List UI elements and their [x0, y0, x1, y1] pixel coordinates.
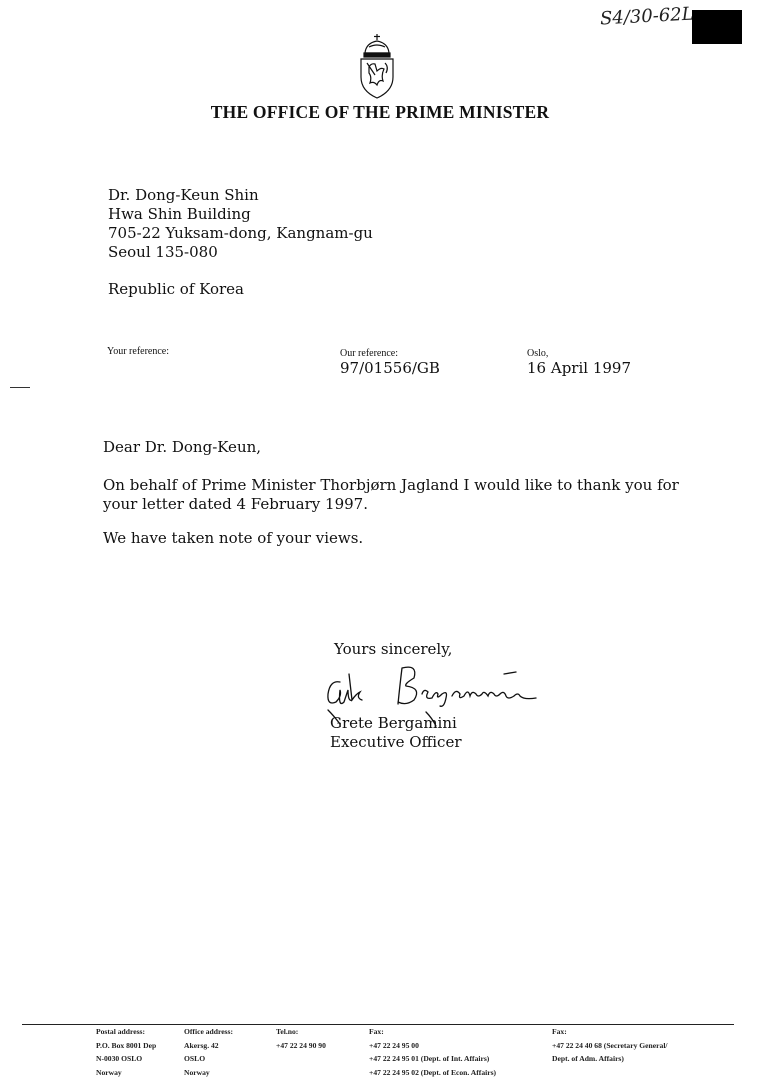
office-title: THE OFFICE OF THE PRIME MINISTER — [0, 102, 760, 123]
closing: Yours sincerely, — [334, 640, 452, 658]
signatory-name: Grete Bergamini — [330, 714, 462, 733]
footer-line: +47 22 24 95 02 (Dept. of Econ. Affairs) — [369, 1066, 496, 1080]
footer-line: Norway — [184, 1066, 233, 1080]
footer-line: N-0030 OSLO — [96, 1052, 156, 1066]
handwritten-file-number: S4/30-62L — [600, 4, 695, 30]
footer-line: Norway — [96, 1066, 156, 1080]
recipient-line: Seoul 135-080 — [108, 243, 373, 262]
paragraph-1-line-2: your letter dated 4 February 1997. — [103, 495, 368, 514]
letter-date: 16 April 1997 — [527, 359, 631, 377]
footer-label: Fax: — [369, 1025, 496, 1039]
footer-line: Dept. of Adm. Affairs) — [552, 1052, 668, 1066]
fold-mark — [10, 387, 30, 388]
footer-line: OSLO — [184, 1052, 233, 1066]
redaction-block — [692, 10, 742, 44]
footer-line: +47 22 24 90 90 — [276, 1039, 326, 1053]
footer-fax-1: Fax: +47 22 24 95 00 +47 22 24 95 01 (De… — [369, 1025, 496, 1079]
footer-label: Office address: — [184, 1025, 233, 1039]
footer-line: +47 22 24 95 00 — [369, 1039, 496, 1053]
footer-postal-address: Postal address: P.O. Box 8001 Dep N-0030… — [96, 1025, 156, 1079]
recipient-line: Dr. Dong-Keun Shin — [108, 186, 373, 205]
recipient-address: Dr. Dong-Keun Shin Hwa Shin Building 705… — [108, 186, 373, 262]
your-reference-label: Your reference: — [107, 346, 169, 357]
our-reference-value: 97/01556/GB — [340, 359, 440, 377]
footer-line: Akersg. 42 — [184, 1039, 233, 1053]
footer-office-address: Office address: Akersg. 42 OSLO Norway — [184, 1025, 233, 1079]
salutation: Dear Dr. Dong-Keun, — [103, 438, 261, 457]
signatory-block: Grete Bergamini Executive Officer — [330, 714, 462, 752]
footer-line: +47 22 24 95 01 (Dept. of Int. Affairs) — [369, 1052, 496, 1066]
signatory-title: Executive Officer — [330, 733, 462, 752]
recipient-line: Hwa Shin Building — [108, 205, 373, 224]
paragraph-1-line-1: On behalf of Prime Minister Thorbjørn Ja… — [103, 476, 679, 495]
footer-line: P.O. Box 8001 Dep — [96, 1039, 156, 1053]
footer-fax-2: Fax: +47 22 24 40 68 (Secretary General/… — [552, 1025, 668, 1066]
footer-label: Postal address: — [96, 1025, 156, 1039]
footer-label: Fax: — [552, 1025, 668, 1039]
paragraph-2: We have taken note of your views. — [103, 529, 363, 548]
our-reference-label: Our reference: — [340, 348, 398, 359]
recipient-line: 705-22 Yuksam-dong, Kangnam-gu — [108, 224, 373, 243]
recipient-country: Republic of Korea — [108, 280, 244, 298]
footer-telephone: Tel.no: +47 22 24 90 90 — [276, 1025, 326, 1052]
place-label: Oslo, — [527, 348, 548, 359]
footer-label: Tel.no: — [276, 1025, 326, 1039]
coat-of-arms-icon — [357, 33, 397, 99]
footer-line: +47 22 24 40 68 (Secretary General/ — [552, 1039, 668, 1053]
